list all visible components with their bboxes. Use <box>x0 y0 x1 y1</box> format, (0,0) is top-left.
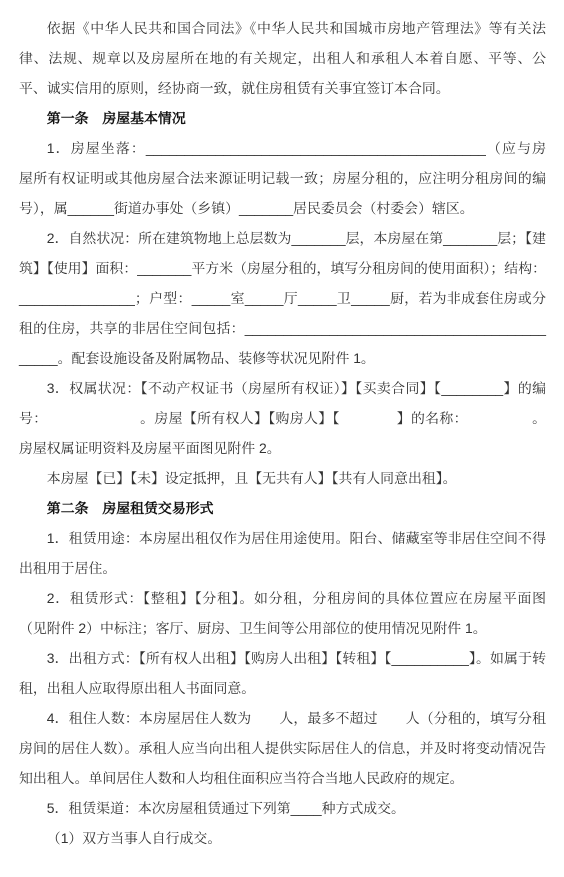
clause-1-house-location: 1．房屋坐落：_________________________________… <box>19 133 546 223</box>
contract-document-page: 依据《中华人民共和国合同法》《中华人民共和国城市房地产管理法》等有关法律、法规、… <box>0 0 564 877</box>
clause-3-ownership-status: 3．权属状况：【不动产权证书（房屋所有权证）】【买卖合同】【________】的… <box>19 373 546 463</box>
clause-2-rental-form: 2．租赁形式：【整租】【分租】。如分租，分租房间的具体位置应在房屋平面图（见附件… <box>19 583 546 643</box>
article-2-heading: 第二条 房屋租赁交易形式 <box>19 493 546 523</box>
clause-5-rental-channel: 5．租赁渠道：本次房屋租赁通过下列第____种方式成交。 <box>19 793 546 823</box>
mortgage-status-paragraph: 本房屋【已】【未】设定抵押，且【无共有人】【共有人同意出租】。 <box>19 463 546 493</box>
clause-2-natural-condition: 2．自然状况：所在建筑物地上总层数为_______层，本房屋在第_______层… <box>19 223 546 373</box>
clause-3-rental-method: 3．出租方式：【所有权人出租】【购房人出租】【转租】【__________】。如… <box>19 643 546 703</box>
article-1-heading: 第一条 房屋基本情况 <box>19 103 546 133</box>
item-1-self-transaction: （1）双方当事人自行成交。 <box>19 823 546 853</box>
clause-1-rental-purpose: 1．租赁用途：本房屋出租仅作为居住用途使用。阳台、储藏室等非居住空间不得出租用于… <box>19 523 546 583</box>
clause-4-occupant-count: 4．租住人数：本房屋居住人数为 人，最多不超过 人（分租的，填写分租房间的居住人… <box>19 703 546 793</box>
intro-paragraph: 依据《中华人民共和国合同法》《中华人民共和国城市房地产管理法》等有关法律、法规、… <box>19 13 546 103</box>
